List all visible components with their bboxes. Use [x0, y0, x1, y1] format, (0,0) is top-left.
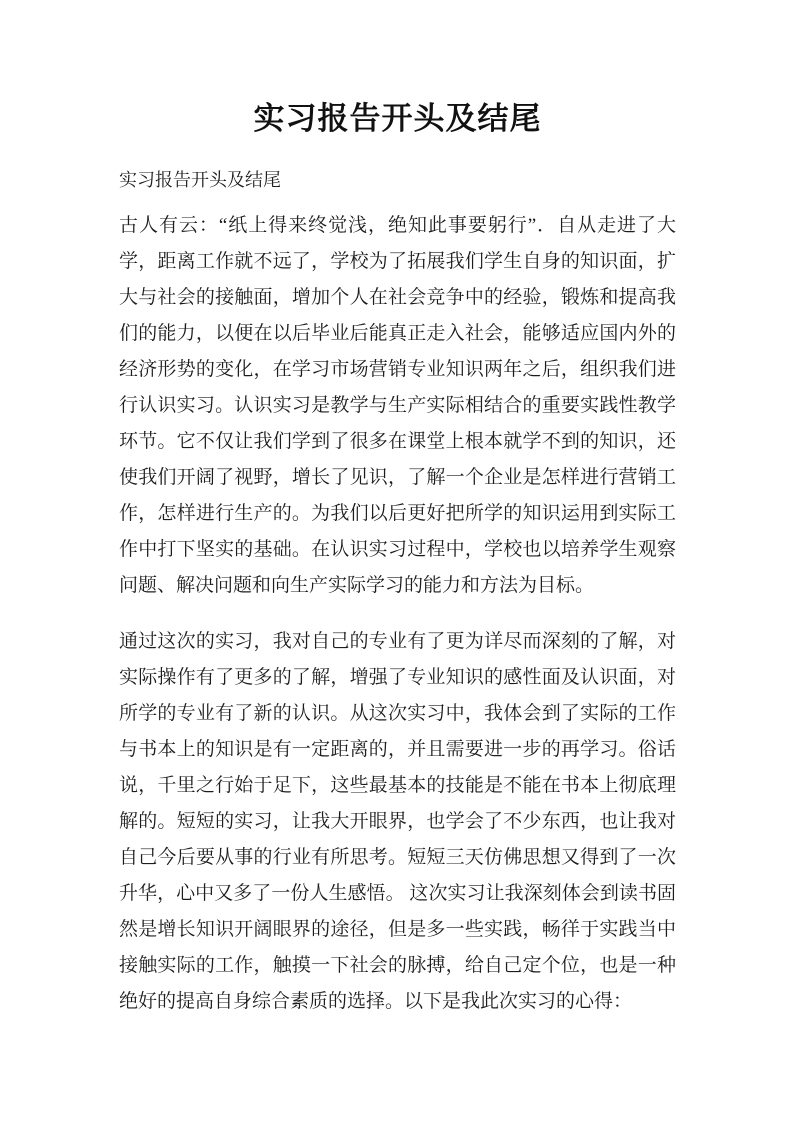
document-content: 实习报告开头及结尾 实习报告开头及结尾 古人有云：“纸上得来终觉浅，绝知此事要躬…	[119, 98, 676, 1020]
body-paragraph-2: 通过这次的实习，我对自己的专业有了更为详尽而深刻的了解，对实际操作有了更多的了解…	[119, 624, 676, 1020]
body-paragraph-1: 古人有云：“纸上得来终觉浅，绝知此事要躬行”．自从走进了大学，距离工作就不远了，…	[119, 208, 676, 604]
document-subtitle: 实习报告开头及结尾	[119, 166, 676, 194]
document-page: 实习报告开头及结尾 实习报告开头及结尾 古人有云：“纸上得来终觉浅，绝知此事要躬…	[0, 0, 793, 1122]
page-title: 实习报告开头及结尾	[119, 98, 676, 140]
